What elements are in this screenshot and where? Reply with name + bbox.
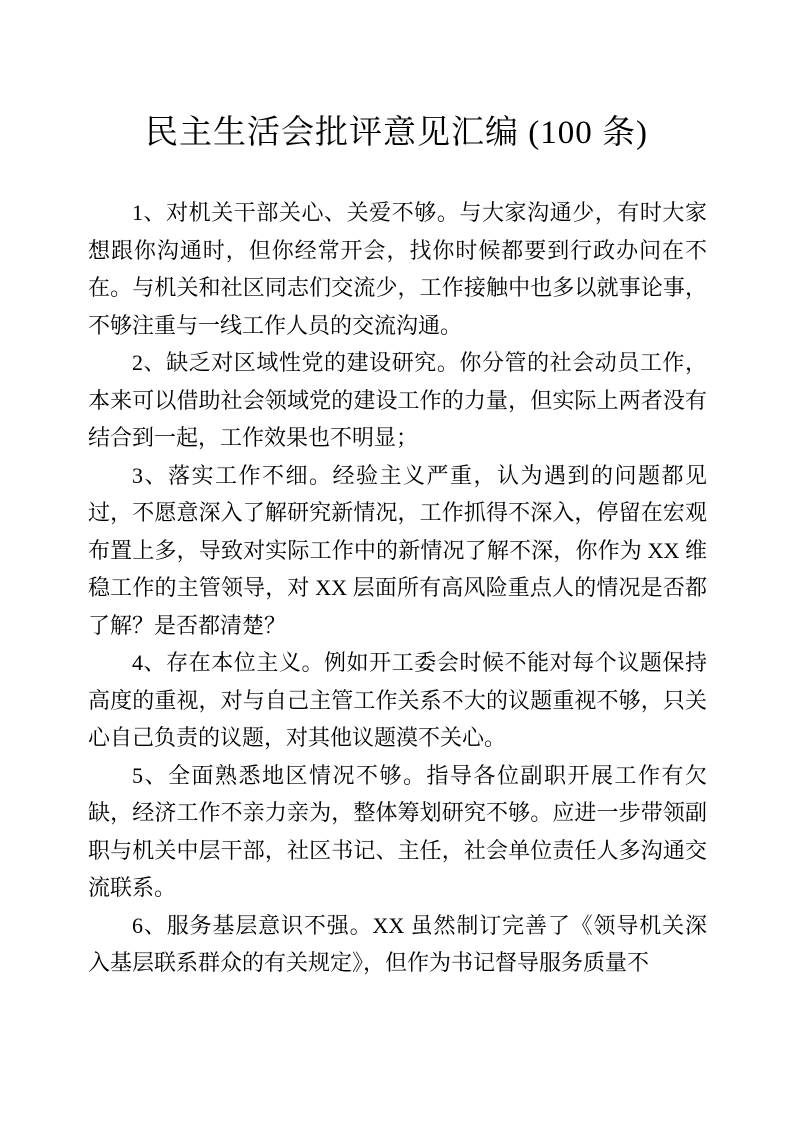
document-page: 民主生活会批评意见汇编 (100 条) 1、对机关干部关心、关爱不够。与大家沟通… <box>0 0 793 1122</box>
paragraph-3: 3、落实工作不细。经验主义严重，认为遇到的问题都见过，不愿意深入了解研究新情况，… <box>88 457 707 645</box>
paragraph-2: 2、缺乏对区域性党的建设研究。你分管的社会动员工作，本来可以借助社会领域党的建设… <box>88 344 707 457</box>
paragraph-1: 1、对机关干部关心、关爱不够。与大家沟通少，有时大家想跟你沟通时，但你经常开会，… <box>88 194 707 344</box>
document-body: 1、对机关干部关心、关爱不够。与大家沟通少，有时大家想跟你沟通时，但你经常开会，… <box>88 194 707 982</box>
document-title: 民主生活会批评意见汇编 (100 条) <box>0 0 793 156</box>
paragraph-6: 6、服务基层意识不强。XX 虽然制订完善了《领导机关深入基层联系群众的有关规定》… <box>88 907 707 982</box>
paragraph-4: 4、存在本位主义。例如开工委会时候不能对每个议题保持高度的重视，对与自己主管工作… <box>88 644 707 757</box>
paragraph-5: 5、全面熟悉地区情况不够。指导各位副职开展工作有欠缺，经济工作不亲力亲为，整体筹… <box>88 757 707 907</box>
